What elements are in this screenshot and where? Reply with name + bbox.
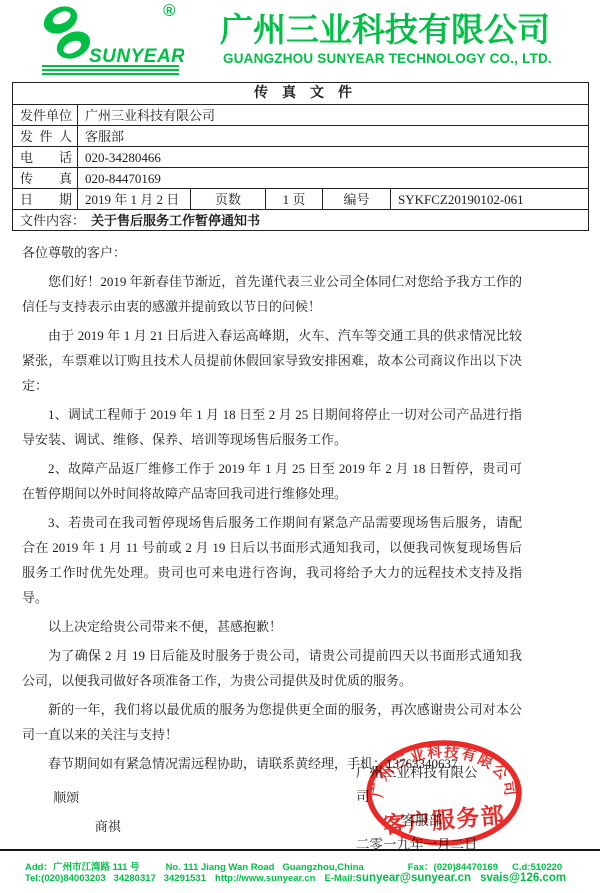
footer-email-label: E-Mail: [325, 873, 356, 884]
date-label: 日期 [13, 189, 78, 210]
footer-email-primary: sunyear@sunyear.cn [356, 872, 471, 884]
tel-label: 电话 [13, 147, 78, 168]
subject-value: 关于售后服务工作暂停通知书 [91, 213, 260, 228]
fax-info-table: 传 真 文 件 发件单位 广州三业科技有限公司 发件人 客服部 电话 020-3… [12, 82, 589, 231]
footer-fax: Fax：(020)84470169 [408, 859, 498, 873]
table-row-date: 日期 2019 年 1 月 2 日 页数 1 页 编号 SYKFCZ201901… [13, 189, 589, 210]
table-row-sender: 发件单位 广州三业科技有限公司 [13, 105, 589, 126]
from-value: 客服部 [78, 126, 589, 147]
date-value: 2019 年 1 月 2 日 [78, 189, 191, 210]
pages-value: 1 页 [266, 189, 323, 210]
sender-value: 广州三业科技有限公司 [78, 105, 589, 126]
sender-label: 发件单位 [13, 105, 78, 126]
subject-cell: 文件内容：关于售后服务工作暂停通知书 [13, 210, 589, 231]
footer-tel: Tel:(020)84003203 34280317 34291531 [25, 873, 206, 884]
pages-label: 页数 [191, 189, 266, 210]
table-row-tel: 电话 020-34280466 [13, 147, 589, 168]
footer-contact-line: Tel:(020)84003203 34280317 34291531 http… [25, 872, 566, 884]
paragraph-apology: 以上决定给贵公司带来不便，甚感抱歉！ [22, 614, 522, 639]
fax-label: 传真 [13, 168, 78, 189]
company-seal-stamp-icon: 广州三业科技有限公司 客户服务部 [362, 736, 526, 848]
svg-text:广州三业科技有限公司: 广州三业科技有限公司 [368, 743, 520, 799]
fax-title: 传 真 文 件 [13, 83, 589, 105]
paragraph-decision-1: 1、调试工程师于 2019 年 1 月 18 日至 2 月 25 日期间将停止一… [22, 402, 522, 452]
table-row-from: 发件人 客服部 [13, 126, 589, 147]
footer-divider [0, 849, 600, 851]
ref-label: 编号 [323, 189, 391, 210]
registered-trademark-icon: ® [163, 1, 176, 21]
paragraph-notice: 为了确保 2 月 19 日后能及时服务于贵公司，请贵公司提前四天以书面形式通知我… [22, 643, 522, 693]
paragraph-greeting: 您们好！2019 年新春佳节渐近，首先谨代表三业公司全体同仁对您给予我方工作的信… [22, 269, 522, 319]
sunyear-logo-icon: SUNYEAR [34, 2, 184, 78]
footer-website-link: http://www.sunyear.cn [215, 873, 315, 884]
logo-wordmark: SUNYEAR [89, 46, 184, 67]
paragraph-reason: 由于 2019 年 1 月 21 日后进入春运高峰期，火车、汽车等交通工具的供求… [22, 323, 522, 398]
company-name-chinese: 广州三业科技有限公司 [220, 4, 550, 51]
company-name-english: GUANGZHOU SUNYEAR TECHNOLOGY CO., LTD. [223, 51, 552, 66]
paragraph-decision-3: 3、若贵司在我司暂停现场售后服务工作期间有紧急产品需要现场售后服务，请配合在 2… [22, 510, 522, 610]
salutation: 各位尊敬的客户： [22, 240, 522, 265]
fax-value: 020-84470169 [78, 168, 589, 189]
footer-email-secondary: svais@126.com [480, 872, 566, 884]
table-row-subject: 文件内容：关于售后服务工作暂停通知书 [13, 210, 589, 231]
ref-value: SYKFCZ20190102-061 [391, 189, 589, 210]
table-row-fax: 传真 020-84470169 [13, 168, 589, 189]
subject-label: 文件内容： [20, 213, 85, 228]
tel-value: 020-34280466 [78, 147, 589, 168]
from-label: 发件人 [13, 126, 78, 147]
paragraph-decision-2: 2、故障产品返厂维修工作于 2019 年 1 月 25 日至 2019 年 2 … [22, 456, 522, 506]
footer-address-line: Add：广州市江湾路 111 号 No. 111 Jiang Wan Road … [25, 859, 562, 873]
table-row-title: 传 真 文 件 [13, 83, 589, 105]
stamp-ring-text: 广州三业科技有限公司 [368, 743, 520, 799]
footer-address-cn: Add：广州市江湾路 111 号 [25, 859, 140, 873]
